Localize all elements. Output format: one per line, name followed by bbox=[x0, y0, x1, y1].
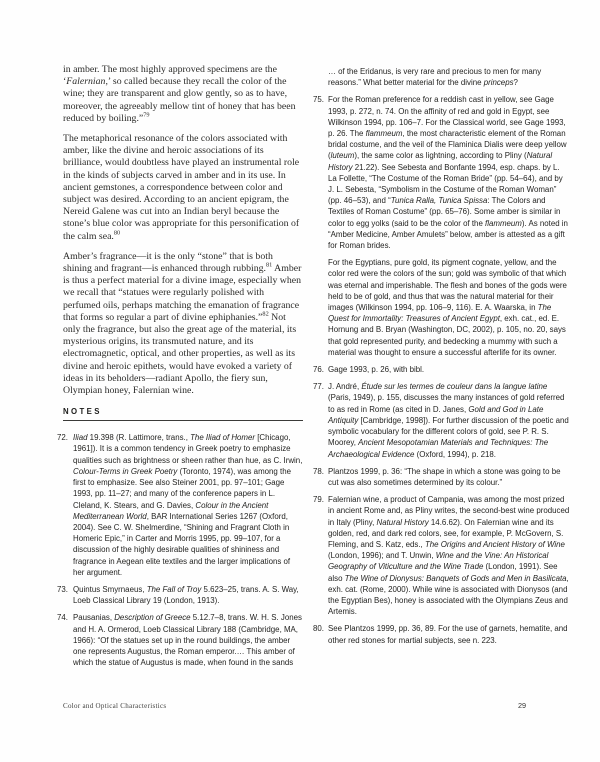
note-number: 75. bbox=[313, 94, 328, 358]
note-paragraph: Quintus Smyrnaeus, The Fall of Troy 5.62… bbox=[73, 584, 303, 606]
note-paragraph: Iliad 19.398 (R. Lattimore, trans., The … bbox=[73, 432, 303, 578]
note-text: For the Roman preference for a reddish c… bbox=[328, 94, 570, 358]
note-79: 79. Falernian wine, a product of Campani… bbox=[313, 494, 570, 617]
note-72: 72. Iliad 19.398 (R. Lattimore, trans., … bbox=[57, 432, 303, 578]
note-number: 77. bbox=[313, 381, 328, 459]
note-paragraph: See Plantzos 1999, pp. 36, 89. For the u… bbox=[328, 623, 570, 645]
note-text: Falernian wine, a product of Campania, w… bbox=[328, 494, 570, 617]
book-page: in amber. The most highly approved speci… bbox=[0, 0, 600, 762]
page-number: 29 bbox=[518, 701, 526, 710]
note-73: 73. Quintus Smyrnaeus, The Fall of Troy … bbox=[57, 584, 303, 606]
note-text: Iliad 19.398 (R. Lattimore, trans., The … bbox=[73, 432, 303, 578]
running-footer-section-title: Color and Optical Characteristics bbox=[63, 702, 166, 710]
note-77: 77. J. André, Étude sur les termes de co… bbox=[313, 381, 570, 459]
note-80: 80. See Plantzos 1999, pp. 36, 89. For t… bbox=[313, 623, 570, 645]
notes-list-left: 72. Iliad 19.398 (R. Lattimore, trans., … bbox=[57, 432, 303, 668]
note-paragraph: … of the Eridanus, is very rare and prec… bbox=[328, 66, 570, 88]
note-76: 76. Gage 1993, p. 26, with bibl. bbox=[313, 364, 570, 375]
note-text: Pausanias, Description of Greece 5.12.7–… bbox=[73, 612, 303, 668]
body-paragraph: in amber. The most highly approved speci… bbox=[63, 64, 303, 125]
body-paragraph: Amber’s fragrance—it is the only “stone”… bbox=[63, 251, 303, 397]
note-paragraph: Falernian wine, a product of Campania, w… bbox=[328, 494, 570, 617]
note-paragraph: For the Roman preference for a reddish c… bbox=[328, 94, 570, 251]
note-number: 72. bbox=[57, 432, 73, 578]
note-number: 79. bbox=[313, 494, 328, 617]
note-paragraph: Gage 1993, p. 26, with bibl. bbox=[328, 364, 570, 375]
note-text: … of the Eridanus, is very rare and prec… bbox=[328, 66, 570, 88]
note-74-continuation: … of the Eridanus, is very rare and prec… bbox=[313, 66, 570, 88]
note-number: 74. bbox=[57, 612, 73, 668]
note-text: J. André, Étude sur les termes de couleu… bbox=[328, 381, 570, 459]
note-text: Plantzos 1999, p. 36: “The shape in whic… bbox=[328, 466, 570, 488]
note-text: See Plantzos 1999, pp. 36, 89. For the u… bbox=[328, 623, 570, 645]
note-paragraph: For the Egyptians, pure gold, its pigmen… bbox=[328, 257, 570, 358]
notes-heading: NOTES bbox=[63, 407, 303, 416]
note-paragraph: J. André, Étude sur les termes de couleu… bbox=[328, 381, 570, 459]
note-number bbox=[313, 66, 328, 88]
note-number: 80. bbox=[313, 623, 328, 645]
body-paragraph: The metaphorical resonance of the colors… bbox=[63, 133, 303, 243]
notes-divider bbox=[63, 420, 303, 421]
note-text: Quintus Smyrnaeus, The Fall of Troy 5.62… bbox=[73, 584, 303, 606]
right-column: … of the Eridanus, is very rare and prec… bbox=[313, 66, 570, 652]
note-number: 76. bbox=[313, 364, 328, 375]
left-column: in amber. The most highly approved speci… bbox=[63, 64, 303, 674]
note-number: 78. bbox=[313, 466, 328, 488]
note-paragraph: Pausanias, Description of Greece 5.12.7–… bbox=[73, 612, 303, 668]
note-text: Gage 1993, p. 26, with bibl. bbox=[328, 364, 570, 375]
note-74: 74. Pausanias, Description of Greece 5.1… bbox=[57, 612, 303, 668]
note-75: 75. For the Roman preference for a reddi… bbox=[313, 94, 570, 358]
body-text: in amber. The most highly approved speci… bbox=[63, 64, 303, 397]
note-78: 78. Plantzos 1999, p. 36: “The shape in … bbox=[313, 466, 570, 488]
note-paragraph: Plantzos 1999, p. 36: “The shape in whic… bbox=[328, 466, 570, 488]
note-number: 73. bbox=[57, 584, 73, 606]
